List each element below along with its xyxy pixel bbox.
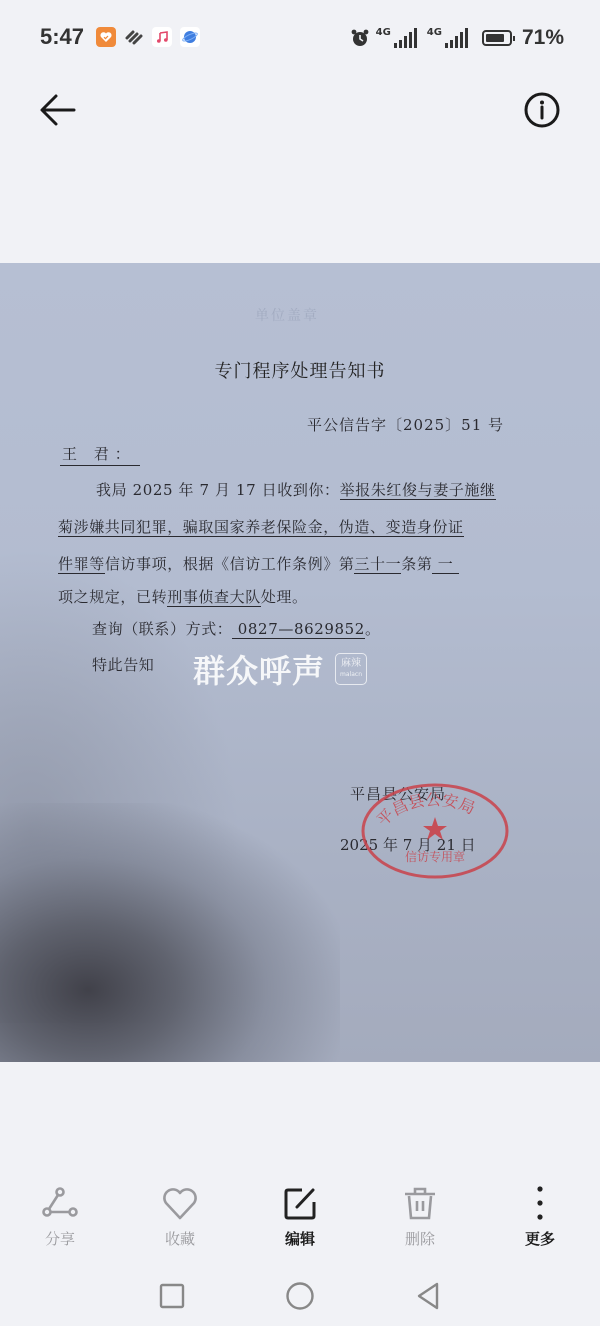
viewer-top-bar: [0, 80, 600, 140]
battery-percent: 71%: [522, 26, 564, 50]
watermark: 群众呼声 麻辣 malacn: [193, 646, 367, 692]
alarm-icon: [350, 28, 370, 48]
edit-icon: [280, 1184, 320, 1224]
system-nav-bar: [0, 1274, 600, 1318]
health-app-icon: [96, 27, 116, 47]
status-time: 5:47: [40, 24, 84, 50]
status-bar: 5:47 4G 4G 71%: [0, 0, 600, 76]
delete-label: 删除: [405, 1228, 435, 1249]
share-label: 分享: [45, 1228, 75, 1249]
official-seal: 平昌县公安局 信访专用章: [360, 779, 510, 879]
addressee: 王 君：: [60, 443, 140, 466]
notice-document: 单位盖章 专门程序处理告知书 平公信告字〔2025〕51 号 王 君： 我局 2…: [0, 263, 600, 1062]
edit-button[interactable]: 编辑: [240, 1184, 360, 1254]
body-line-1: 我局 2025 年 7 月 17 日收到你：举报朱红俊与妻子施继: [96, 472, 566, 509]
notification-icons: [96, 27, 200, 47]
more-button[interactable]: 更多: [480, 1184, 600, 1254]
more-label: 更多: [525, 1228, 555, 1249]
triangle-back-icon: [415, 1281, 441, 1311]
contact-line: 查询（联系）方式： 0827—8629852。: [92, 611, 562, 648]
contact-phone: 0827—8629852: [232, 620, 365, 639]
document-number: 平公信告字〔2025〕51 号: [307, 414, 504, 435]
body-line-2: 菊涉嫌共同犯罪，骗取国家养老保险金，伪造、变造身份证: [58, 509, 528, 546]
info-circle-icon: [520, 88, 564, 132]
heart-icon: [160, 1184, 200, 1224]
circle-icon: [285, 1281, 315, 1311]
body-line-3: 件罪等信访事项，根据《信访工作条例》第三十一条第 一: [58, 546, 528, 583]
info-button[interactable]: [520, 88, 564, 132]
share-button[interactable]: 分享: [0, 1184, 120, 1254]
browser-app-icon: [180, 27, 200, 47]
system-back-button[interactable]: [406, 1274, 450, 1318]
stripes-app-icon: [124, 27, 144, 47]
watermark-badge: 麻辣 malacn: [335, 653, 367, 685]
arrow-left-icon: [36, 90, 80, 130]
home-button[interactable]: [278, 1274, 322, 1318]
photo-viewer-image[interactable]: 单位盖章 专门程序处理告知书 平公信告字〔2025〕51 号 王 君： 我局 2…: [0, 263, 600, 1062]
delete-button[interactable]: 删除: [360, 1184, 480, 1254]
favorite-button[interactable]: 收藏: [120, 1184, 240, 1254]
share-icon: [40, 1184, 80, 1224]
edit-label: 编辑: [285, 1228, 315, 1249]
recent-apps-button[interactable]: [150, 1274, 194, 1318]
trash-icon: [400, 1184, 440, 1224]
document-title: 专门程序处理告知书: [0, 357, 600, 383]
square-icon: [159, 1283, 185, 1309]
ghost-header-text: 单位盖章: [255, 305, 319, 325]
status-indicators: 4G 4G 71%: [350, 26, 564, 50]
photo-actions-toolbar: 分享 收藏 编辑 删除 更多: [0, 1184, 600, 1254]
more-vertical-icon: [520, 1184, 560, 1224]
battery-icon: [482, 30, 512, 46]
favorite-label: 收藏: [165, 1228, 195, 1249]
signal-sim1-icon: 4G: [376, 28, 417, 48]
back-button[interactable]: [36, 90, 80, 130]
music-app-icon: [152, 27, 172, 47]
svg-text:信访专用章: 信访专用章: [405, 849, 465, 864]
signal-sim2-icon: 4G: [427, 28, 468, 48]
